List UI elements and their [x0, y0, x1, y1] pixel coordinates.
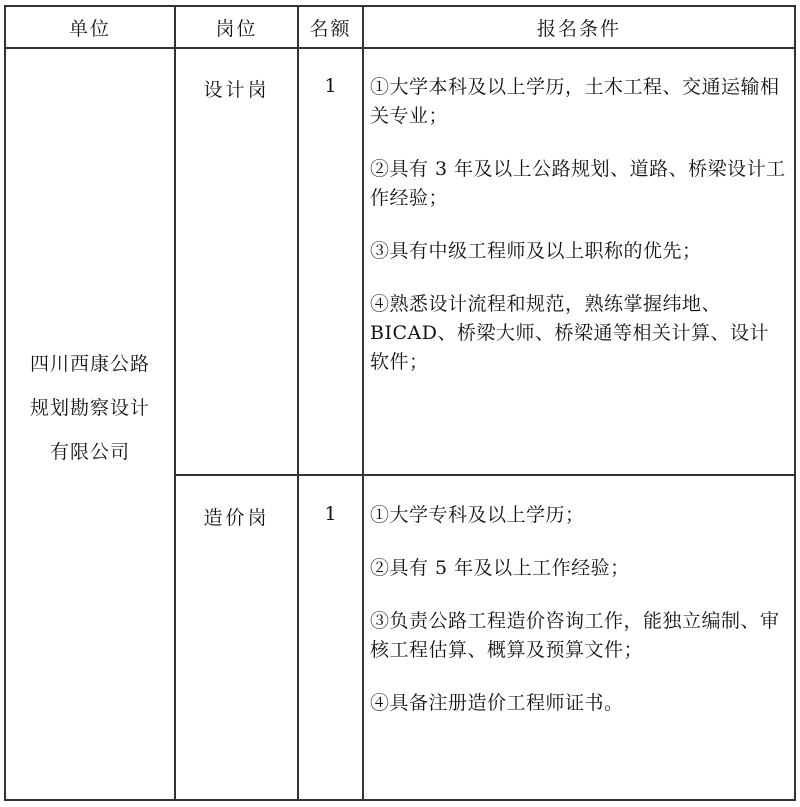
unit-name-line: 有限公司: [50, 430, 130, 474]
unit-name-line: 规划勘察设计: [30, 386, 150, 430]
header-position: 岗位: [176, 7, 297, 47]
column-divider: [174, 7, 176, 799]
requirement-item: ①大学专科及以上学历；: [370, 501, 786, 530]
requirement-item: ③负责公路工程造价咨询工作，能独立编制、审核工程估算、概算及预算文件；: [370, 607, 786, 665]
requirements-cell: ①大学本科及以上学历，土木工程、交通运输相关专业； ②具有 3 年及以上公路规划…: [364, 73, 794, 401]
position-cell: 设计岗: [176, 75, 297, 102]
requirements-cell: ①大学专科及以上学历； ②具有 5 年及以上工作经验； ③负责公路工程造价咨询工…: [364, 501, 794, 742]
unit-name-line: 四川西康公路: [30, 342, 150, 386]
requirement-item: ②具有 5 年及以上工作经验；: [370, 554, 786, 583]
column-divider: [297, 7, 299, 799]
requirement-item: ②具有 3 年及以上公路规划、道路、桥梁设计工作经验；: [370, 155, 786, 213]
requirement-item: ④具备注册造价工程师证书。: [370, 689, 786, 718]
row-divider: [174, 474, 794, 476]
header-quota: 名额: [299, 7, 362, 47]
requirement-item: ①大学本科及以上学历，土木工程、交通运输相关专业；: [370, 73, 786, 131]
quota-cell: 1: [299, 75, 362, 97]
requirement-item: ④熟悉设计流程和规范，熟练掌握纬地、BICAD、桥梁大师、桥梁通等相关计算、设计…: [370, 290, 786, 377]
position-cell: 造价岗: [176, 503, 297, 530]
quota-cell: 1: [299, 503, 362, 525]
recruitment-table: 单位 岗位 名额 报名条件 四川西康公路 规划勘察设计 有限公司 设计岗 1 ①…: [4, 5, 796, 801]
requirement-item: ③具有中级工程师及以上职称的优先；: [370, 237, 786, 266]
unit-cell: 四川西康公路 规划勘察设计 有限公司: [6, 49, 174, 799]
header-requirements: 报名条件: [364, 7, 794, 47]
header-unit: 单位: [6, 7, 174, 47]
